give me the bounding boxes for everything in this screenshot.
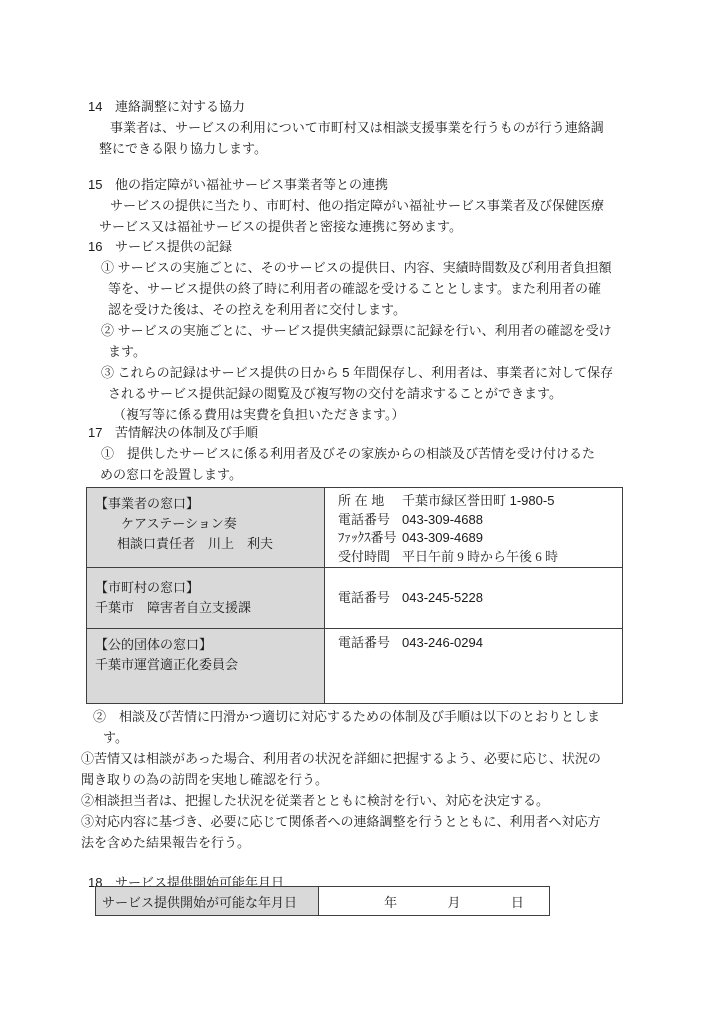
field-label: 受付時間 xyxy=(338,548,402,567)
text-line: ます。 xyxy=(88,341,613,362)
text-line: 聞き取りの為の訪問を実地し確認を行う。 xyxy=(81,769,601,790)
field-value-hours: 午前 9 時から午後 6 時 xyxy=(428,549,558,564)
section-number: 15 xyxy=(88,174,115,195)
public-org-window-cell: 【公的団体の窓口】 千葉市運営適正化委員会 xyxy=(87,629,325,703)
section-title: 連絡調整に対する協力 xyxy=(115,99,245,114)
window-heading: 【市町村の窓口】 xyxy=(95,578,324,598)
section-number: 14 xyxy=(88,96,115,117)
section-16-heading: 16サービス提供の記録 xyxy=(88,236,613,257)
complaint-contact-table: 【事業者の窓口】 ケアステーション奏 相談口責任者 川上 利夫 所 在 地千葉市… xyxy=(86,487,623,704)
section-title: サービス提供の記録 xyxy=(115,239,232,254)
municipality-window-cell: 【市町村の窓口】 千葉市 障害者自立支援課 xyxy=(87,568,325,628)
list-item-line: ① 提供したサービスに係る利用者及びその家族からの相談及び苦情を受け付けるた xyxy=(88,443,595,464)
phone-line: 電話番号043-309-4688 xyxy=(338,511,622,530)
text-line: 事業者は、サービスの利用について市町村又は相談支援事業を行うものが行う連絡調 xyxy=(88,117,604,138)
field-value: 043-309-4689 xyxy=(402,530,483,545)
service-start-label-cell: サービス提供開始が可能な年月日 xyxy=(96,887,319,915)
section-14: 14連絡調整に対する協力 事業者は、サービスの利用について市町村又は相談支援事業… xyxy=(88,96,604,159)
provider-contact-cell: 所 在 地千葉市緑区誉田町 1-980-5 電話番号043-309-4688 ﾌ… xyxy=(325,488,622,567)
section-16: 16サービス提供の記録 ① サービスの実施ごとに、そのサービスの提供日、内容、実… xyxy=(88,236,613,425)
fax-line: ﾌｧｯｸｽ番号043-309-4689 xyxy=(338,529,622,548)
field-label: ﾌｧｯｸｽ番号 xyxy=(338,529,402,548)
address-line: 所 在 地千葉市緑区誉田町 1-980-5 xyxy=(338,492,622,511)
field-label: 電話番号 xyxy=(338,588,402,608)
step-line: ②相談担当者は、把握した状況を従業者とともに検討を行い、対応を決定する。 xyxy=(81,790,601,811)
text-line: されるサービス提供記録の閲覧及び複写物の交付を請求することができます。 xyxy=(88,383,613,404)
section-number: 16 xyxy=(88,236,115,257)
field-value: 千葉市緑区誉田町 1-980-5 xyxy=(402,493,554,508)
service-start-label: サービス提供開始が可能な年月日 xyxy=(102,892,297,911)
provider-window-cell: 【事業者の窓口】 ケアステーション奏 相談口責任者 川上 利夫 xyxy=(87,488,325,567)
public-org-contact-cell: 電話番号043-246-0294 xyxy=(325,629,622,703)
phone-line: 電話番号043-246-0294 xyxy=(338,633,622,653)
table-row-public-org: 【公的団体の窓口】 千葉市運営適正化委員会 電話番号043-246-0294 xyxy=(87,628,622,703)
text-line: 等を、サービス提供の終了時に利用者の確認を受けることとします。また利用者の確 xyxy=(88,278,613,299)
section-14-heading: 14連絡調整に対する協力 xyxy=(88,96,604,117)
field-label: 所 在 地 xyxy=(338,492,402,511)
municipality-contact-cell: 電話番号043-245-5228 xyxy=(325,568,622,628)
field-value: 043-309-4688 xyxy=(402,512,483,527)
text-line: す。 xyxy=(81,727,601,748)
text-line: めの窓口を設置します。 xyxy=(88,464,595,485)
table-row-provider: 【事業者の窓口】 ケアステーション奏 相談口責任者 川上 利夫 所 在 地千葉市… xyxy=(87,488,622,567)
field-value: 043-246-0294 xyxy=(402,635,483,650)
field-label: 電話番号 xyxy=(338,633,402,653)
field-value: 平日 xyxy=(402,549,428,564)
table-row-municipality: 【市町村の窓口】 千葉市 障害者自立支援課 電話番号043-245-5228 xyxy=(87,567,622,628)
section-17-heading: 17苦情解決の体制及び手順 xyxy=(88,422,595,443)
text-line: サービスの提供に当たり、市町村、他の指定障がい福祉サービス事業者及び保健医療 xyxy=(88,195,604,216)
text-line: 認を受けた後は、その控えを利用者に交付します。 xyxy=(88,299,613,320)
complaint-procedure: ② 相談及び苦情に円滑かつ適切に対応するための体制及び手順は以下のとおりとしま … xyxy=(81,706,601,853)
month-label: 月 xyxy=(422,892,485,911)
text-line: 整にできる限り協力します。 xyxy=(88,138,604,159)
list-item-line: ② サービスの実施ごとに、サービス提供実績記録票に記録を行い、利用者の確認を受け xyxy=(88,320,613,341)
list-item-line: ③ これらの記録はサービス提供の日から 5 年間保存し、利用者は、事業者に対して… xyxy=(88,362,613,383)
phone-line: 電話番号043-245-5228 xyxy=(338,588,622,608)
step-line: ①苦情又は相談があった場合、利用者の状況を詳細に把握するよう、必要に応じ、状況の xyxy=(81,748,601,769)
text-line: サービス又は福祉サービスの提供者と密接な連携に努めます。 xyxy=(88,216,604,237)
field-label: 電話番号 xyxy=(338,511,402,530)
field-value: 043-245-5228 xyxy=(402,590,483,605)
service-start-date-cell: 年 月 日 xyxy=(319,887,549,915)
window-heading: 【公的団体の窓口】 xyxy=(95,635,324,655)
section-number: 17 xyxy=(88,422,115,443)
text-line: 法を含めた結果報告を行う。 xyxy=(81,832,601,853)
contact-person: 相談口責任者 川上 利夫 xyxy=(95,534,324,554)
section-title: 苦情解決の体制及び手順 xyxy=(115,425,258,440)
hours-line: 受付時間平日午前 9 時から午後 6 時 xyxy=(338,548,622,567)
section-15: 15他の指定障がい福祉サービス事業者等との連携 サービスの提供に当たり、市町村、… xyxy=(88,174,604,237)
document-page: 14連絡調整に対する協力 事業者は、サービスの利用について市町村又は相談支援事業… xyxy=(0,0,724,1024)
municipality-name: 千葉市 障害者自立支援課 xyxy=(95,598,324,618)
service-start-date-table: サービス提供開始が可能な年月日 年 月 日 xyxy=(95,886,550,916)
day-label: 日 xyxy=(486,892,549,911)
public-org-name: 千葉市運営適正化委員会 xyxy=(95,655,324,675)
year-label: 年 xyxy=(359,892,422,911)
section-title: 他の指定障がい福祉サービス事業者等との連携 xyxy=(115,177,388,192)
provider-name: ケアステーション奏 xyxy=(95,514,324,534)
list-item-line: ② 相談及び苦情に円滑かつ適切に対応するための体制及び手順は以下のとおりとしま xyxy=(81,706,601,727)
section-17: 17苦情解決の体制及び手順 ① 提供したサービスに係る利用者及びその家族からの相… xyxy=(88,422,595,485)
section-15-heading: 15他の指定障がい福祉サービス事業者等との連携 xyxy=(88,174,604,195)
step-line: ③対応内容に基づき、必要に応じて関係者への連絡調整を行うとともに、利用者へ対応方 xyxy=(81,811,601,832)
list-item-line: ① サービスの実施ごとに、そのサービスの提供日、内容、実績時間数及び利用者負担額 xyxy=(88,257,613,278)
window-heading: 【事業者の窓口】 xyxy=(95,494,324,514)
